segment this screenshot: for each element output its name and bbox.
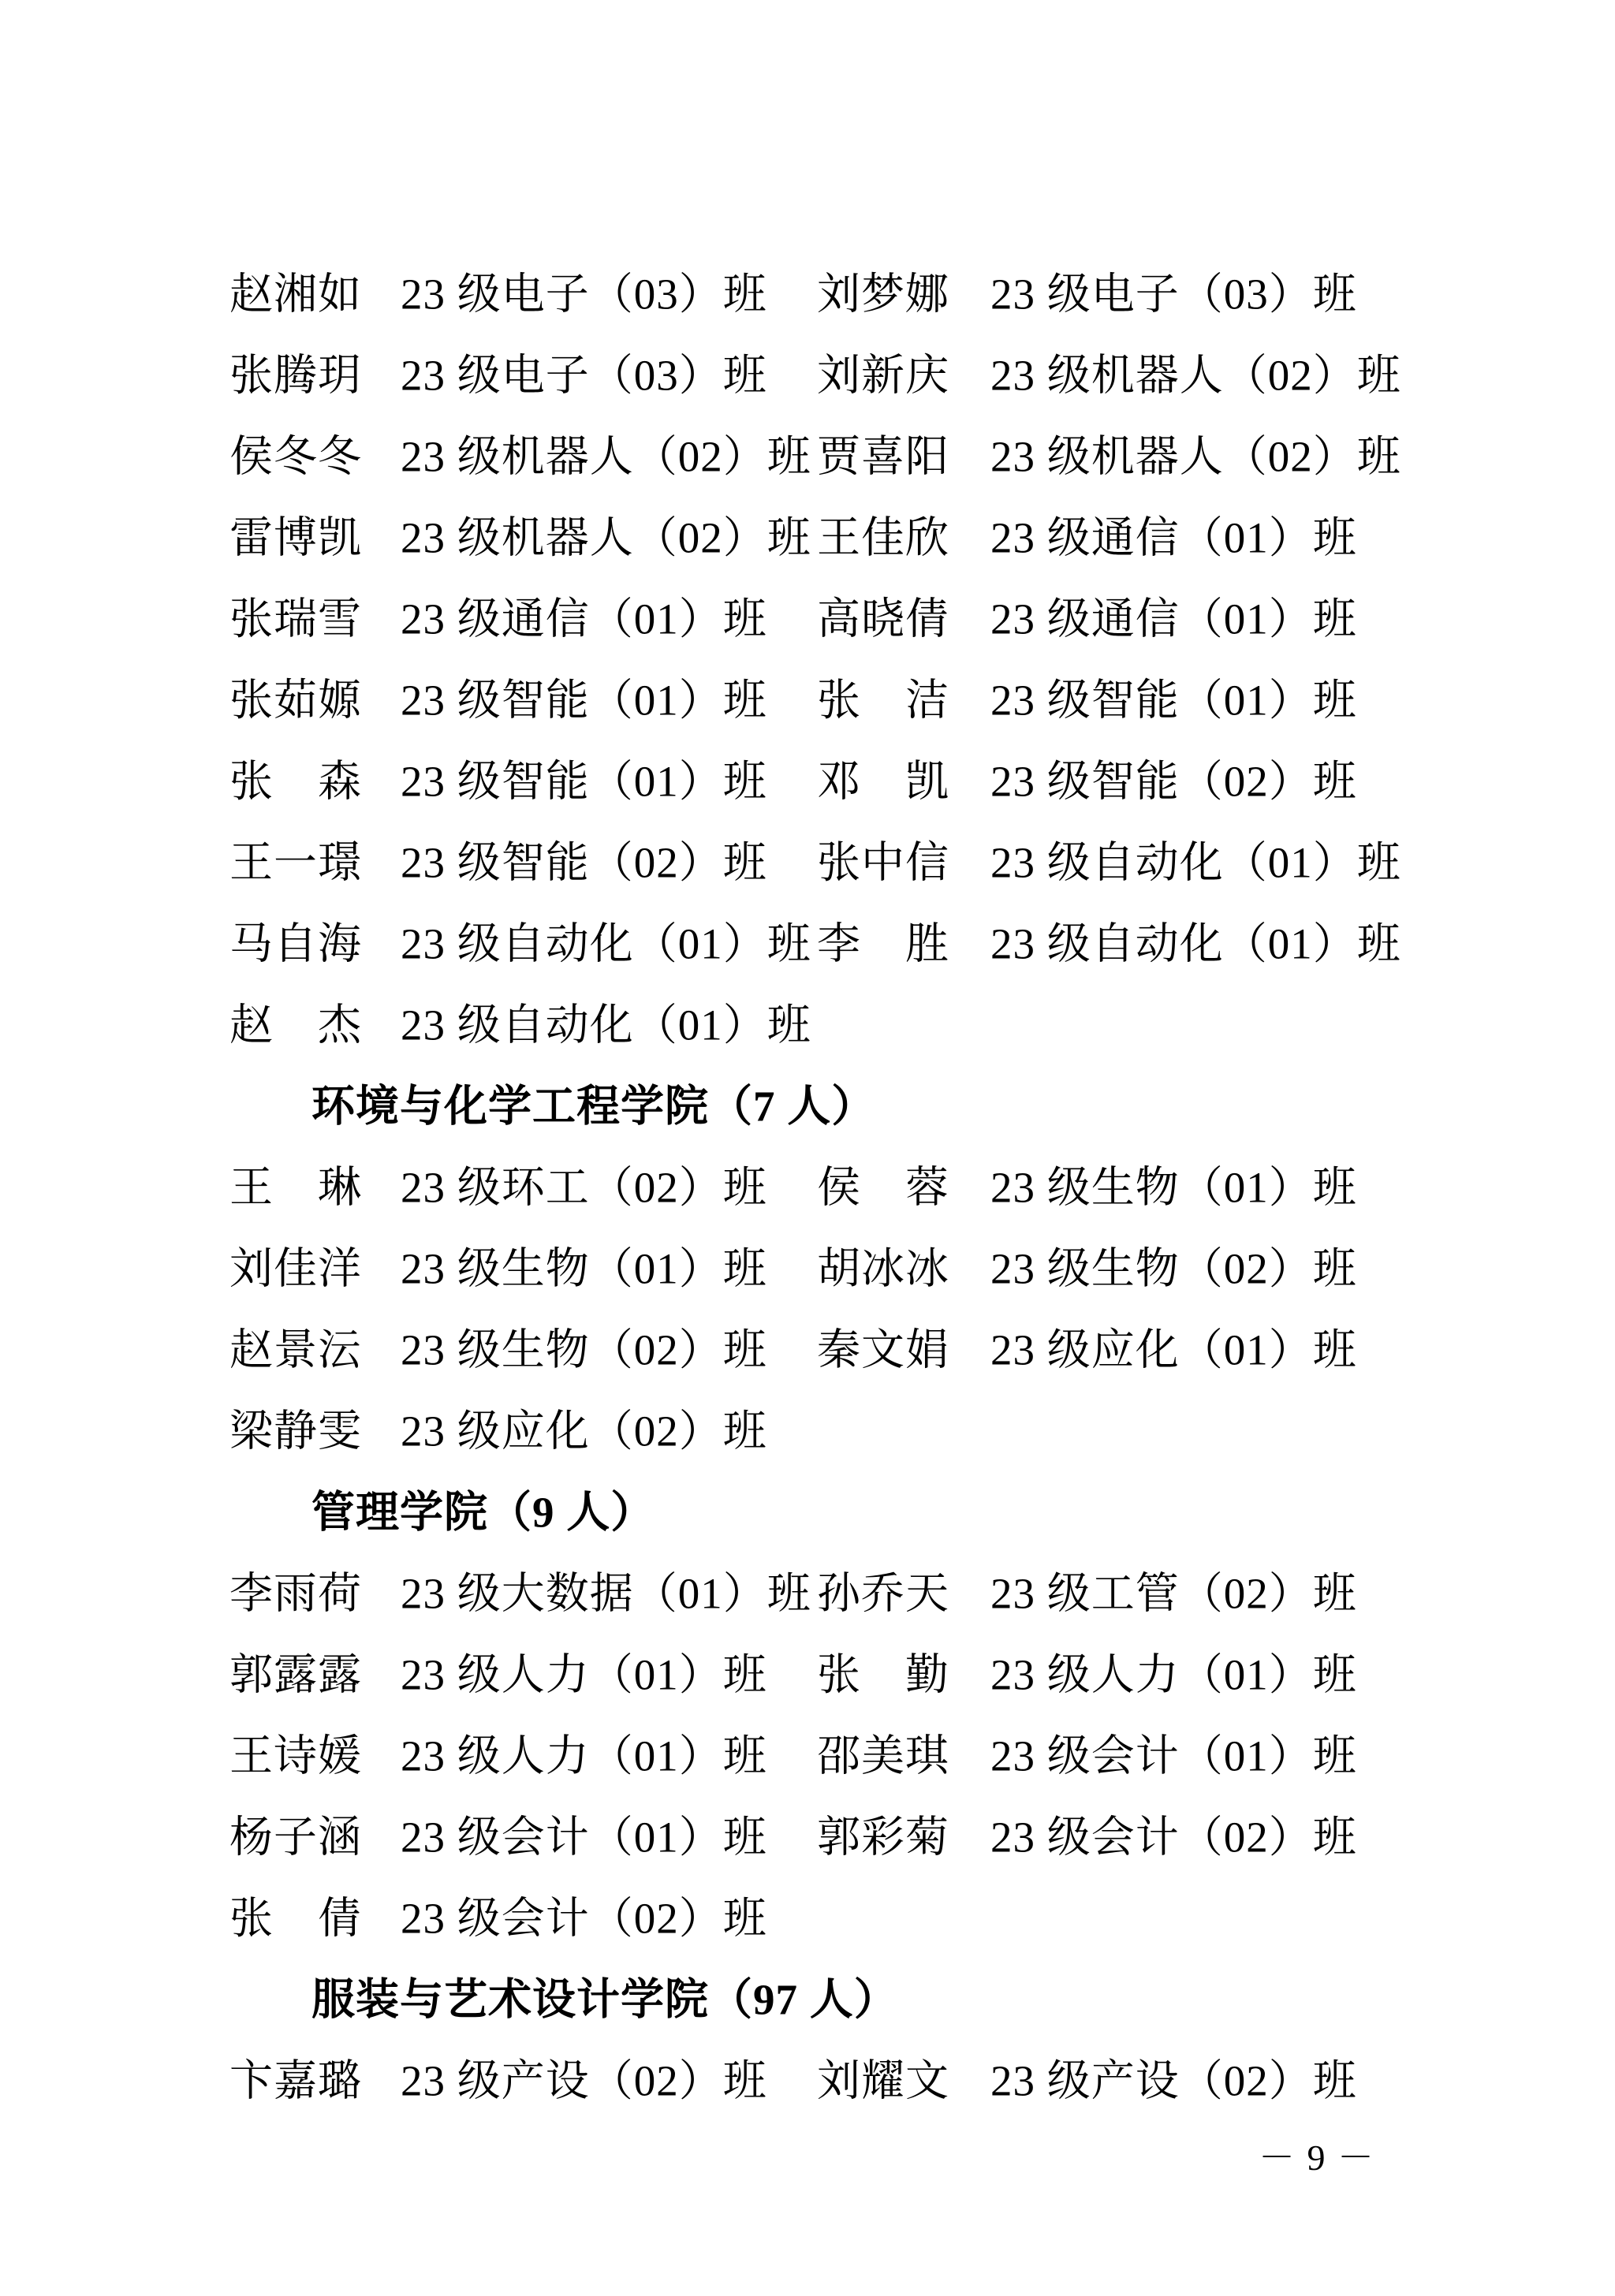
class-label: 23 级机器人（02）班 (401, 421, 811, 483)
student-row: 王 琳23 级环工（02）班侯 蓉23 级生物（01）班 (0, 1142, 1615, 1224)
student-name: 侯 蓉 (817, 1152, 951, 1214)
student-row: 王一璟23 级智能（02）班张中信23 级自动化（01）班 (0, 818, 1615, 899)
student-row: 张腾玥23 级电子（03）班刘新庆23 级机器人（02）班 (0, 330, 1615, 412)
student-list: 赵湘如23 级电子（03）班刘梦娜23 级电子（03）班张腾玥23 级电子（03… (0, 249, 1615, 2117)
class-label: 23 级通信（01）班 (401, 583, 767, 646)
student-name: 张 洁 (817, 665, 951, 727)
student-row: 张瑞雪23 级通信（01）班高晓倩23 级通信（01）班 (0, 574, 1615, 655)
student-name: 卞嘉璐 (229, 2045, 364, 2108)
class-label: 23 级会计（01）班 (990, 1720, 1357, 1783)
student-name: 张 勤 (817, 1639, 951, 1701)
class-label: 23 级通信（01）班 (990, 583, 1357, 646)
student-name: 王佳欣 (817, 502, 951, 565)
student-name: 张 森 (229, 746, 364, 808)
class-label: 23 级大数据（01）班 (401, 1558, 811, 1620)
class-label: 23 级机器人（02）班 (990, 421, 1401, 483)
student-name: 张 倩 (229, 1883, 364, 1945)
student-name: 贾喜阳 (817, 421, 951, 483)
student-name: 梁静雯 (229, 1396, 364, 1458)
class-label: 23 级生物（01）班 (990, 1152, 1357, 1214)
class-label: 23 级智能（01）班 (401, 665, 767, 727)
student-row: 梁静雯23 级应化（02）班 (0, 1386, 1615, 1467)
document-page: 赵湘如23 级电子（03）班刘梦娜23 级电子（03）班张腾玥23 级电子（03… (0, 0, 1615, 2296)
class-label: 23 级自动化（01）班 (990, 908, 1401, 971)
section-heading-line: 管理学院（9 人） (0, 1467, 1615, 1549)
student-row: 卞嘉璐23 级产设（02）班刘耀文23 级产设（02）班 (0, 2036, 1615, 2117)
student-row: 赵湘如23 级电子（03）班刘梦娜23 级电子（03）班 (0, 249, 1615, 330)
student-name: 胡冰冰 (817, 1233, 951, 1295)
student-name: 刘梦娜 (817, 259, 951, 321)
student-name: 王诗媛 (229, 1720, 364, 1783)
class-label: 23 级自动化（01）班 (401, 990, 811, 1052)
class-label: 23 级环工（02）班 (401, 1152, 767, 1214)
student-name: 刘耀文 (817, 2045, 951, 2108)
student-row: 杨子涵23 级会计（01）班郭彩菊23 级会计（02）班 (0, 1792, 1615, 1873)
class-label: 23 级智能（02）班 (990, 746, 1357, 808)
class-label: 23 级工管（02）班 (990, 1558, 1357, 1620)
student-row: 马自海23 级自动化（01）班李 胜23 级自动化（01）班 (0, 899, 1615, 980)
student-name: 张瑞雪 (229, 583, 364, 646)
student-name: 杨子涵 (229, 1802, 364, 1864)
class-label: 23 级电子（03）班 (401, 259, 767, 321)
student-name: 孙乔天 (817, 1558, 951, 1620)
class-label: 23 级人力（01）班 (401, 1720, 767, 1783)
student-name: 郭露露 (229, 1639, 364, 1701)
class-label: 23 级机器人（02）班 (990, 340, 1401, 402)
student-name: 赵湘如 (229, 259, 364, 321)
class-label: 23 级产设（02）班 (990, 2045, 1357, 2108)
section-heading-line: 环境与化学工程学院（7 人） (0, 1061, 1615, 1142)
section-heading: 环境与化学工程学院（7 人） (311, 1071, 875, 1133)
student-row: 刘佳洋23 级生物（01）班胡冰冰23 级生物（02）班 (0, 1224, 1615, 1305)
section-heading: 服装与艺术设计学院（97 人） (311, 1964, 898, 2026)
student-name: 王一璟 (229, 827, 364, 889)
class-label: 23 级会计（02）班 (990, 1802, 1357, 1864)
student-name: 高晓倩 (817, 583, 951, 646)
student-name: 李 胜 (817, 908, 951, 971)
student-row: 李雨荷23 级大数据（01）班孙乔天23 级工管（02）班 (0, 1549, 1615, 1630)
student-name: 秦文娟 (817, 1314, 951, 1377)
student-row: 张茹嫄23 级智能（01）班张 洁23 级智能（01）班 (0, 655, 1615, 736)
class-label: 23 级电子（03）班 (990, 259, 1357, 321)
student-name: 邓 凯 (817, 746, 951, 808)
student-name: 郭彩菊 (817, 1802, 951, 1864)
section-heading-line: 服装与艺术设计学院（97 人） (0, 1955, 1615, 2036)
class-label: 23 级智能（01）班 (990, 665, 1357, 727)
section-heading: 管理学院（9 人） (311, 1477, 655, 1539)
class-label: 23 级智能（02）班 (401, 827, 767, 889)
class-label: 23 级应化（01）班 (990, 1314, 1357, 1377)
class-label: 23 级人力（01）班 (990, 1639, 1357, 1701)
student-name: 刘新庆 (817, 340, 951, 402)
student-name: 赵 杰 (229, 990, 364, 1052)
page-number: － 9 － (1230, 2129, 1404, 2181)
class-label: 23 级应化（02）班 (401, 1396, 767, 1458)
class-label: 23 级会计（01）班 (401, 1802, 767, 1864)
class-label: 23 级产设（02）班 (401, 2045, 767, 2108)
student-name: 马自海 (229, 908, 364, 971)
student-row: 张 倩23 级会计（02）班 (0, 1873, 1615, 1955)
student-name: 侯冬冬 (229, 421, 364, 483)
student-row: 雷博凯23 级机器人（02）班王佳欣23 级通信（01）班 (0, 493, 1615, 574)
student-row: 赵 杰23 级自动化（01）班 (0, 980, 1615, 1061)
class-label: 23 级机器人（02）班 (401, 502, 811, 565)
class-label: 23 级生物（01）班 (401, 1233, 767, 1295)
student-name: 刘佳洋 (229, 1233, 364, 1295)
student-name: 雷博凯 (229, 502, 364, 565)
student-name: 王 琳 (229, 1152, 364, 1214)
student-name: 张腾玥 (229, 340, 364, 402)
class-label: 23 级会计（02）班 (401, 1883, 767, 1945)
student-name: 张茹嫄 (229, 665, 364, 727)
class-label: 23 级电子（03）班 (401, 340, 767, 402)
student-name: 李雨荷 (229, 1558, 364, 1620)
class-label: 23 级智能（01）班 (401, 746, 767, 808)
student-name: 张中信 (817, 827, 951, 889)
student-row: 张 森23 级智能（01）班邓 凯23 级智能（02）班 (0, 736, 1615, 818)
student-name: 赵景沄 (229, 1314, 364, 1377)
student-row: 郭露露23 级人力（01）班张 勤23 级人力（01）班 (0, 1630, 1615, 1711)
class-label: 23 级通信（01）班 (990, 502, 1357, 565)
student-row: 赵景沄23 级生物（02）班秦文娟23 级应化（01）班 (0, 1305, 1615, 1386)
student-row: 王诗媛23 级人力（01）班邵美琪23 级会计（01）班 (0, 1711, 1615, 1792)
class-label: 23 级生物（02）班 (990, 1233, 1357, 1295)
class-label: 23 级人力（01）班 (401, 1639, 767, 1701)
class-label: 23 级自动化（01）班 (401, 908, 811, 971)
student-name: 邵美琪 (817, 1720, 951, 1783)
class-label: 23 级自动化（01）班 (990, 827, 1401, 889)
class-label: 23 级生物（02）班 (401, 1314, 767, 1377)
student-row: 侯冬冬23 级机器人（02）班贾喜阳23 级机器人（02）班 (0, 412, 1615, 493)
